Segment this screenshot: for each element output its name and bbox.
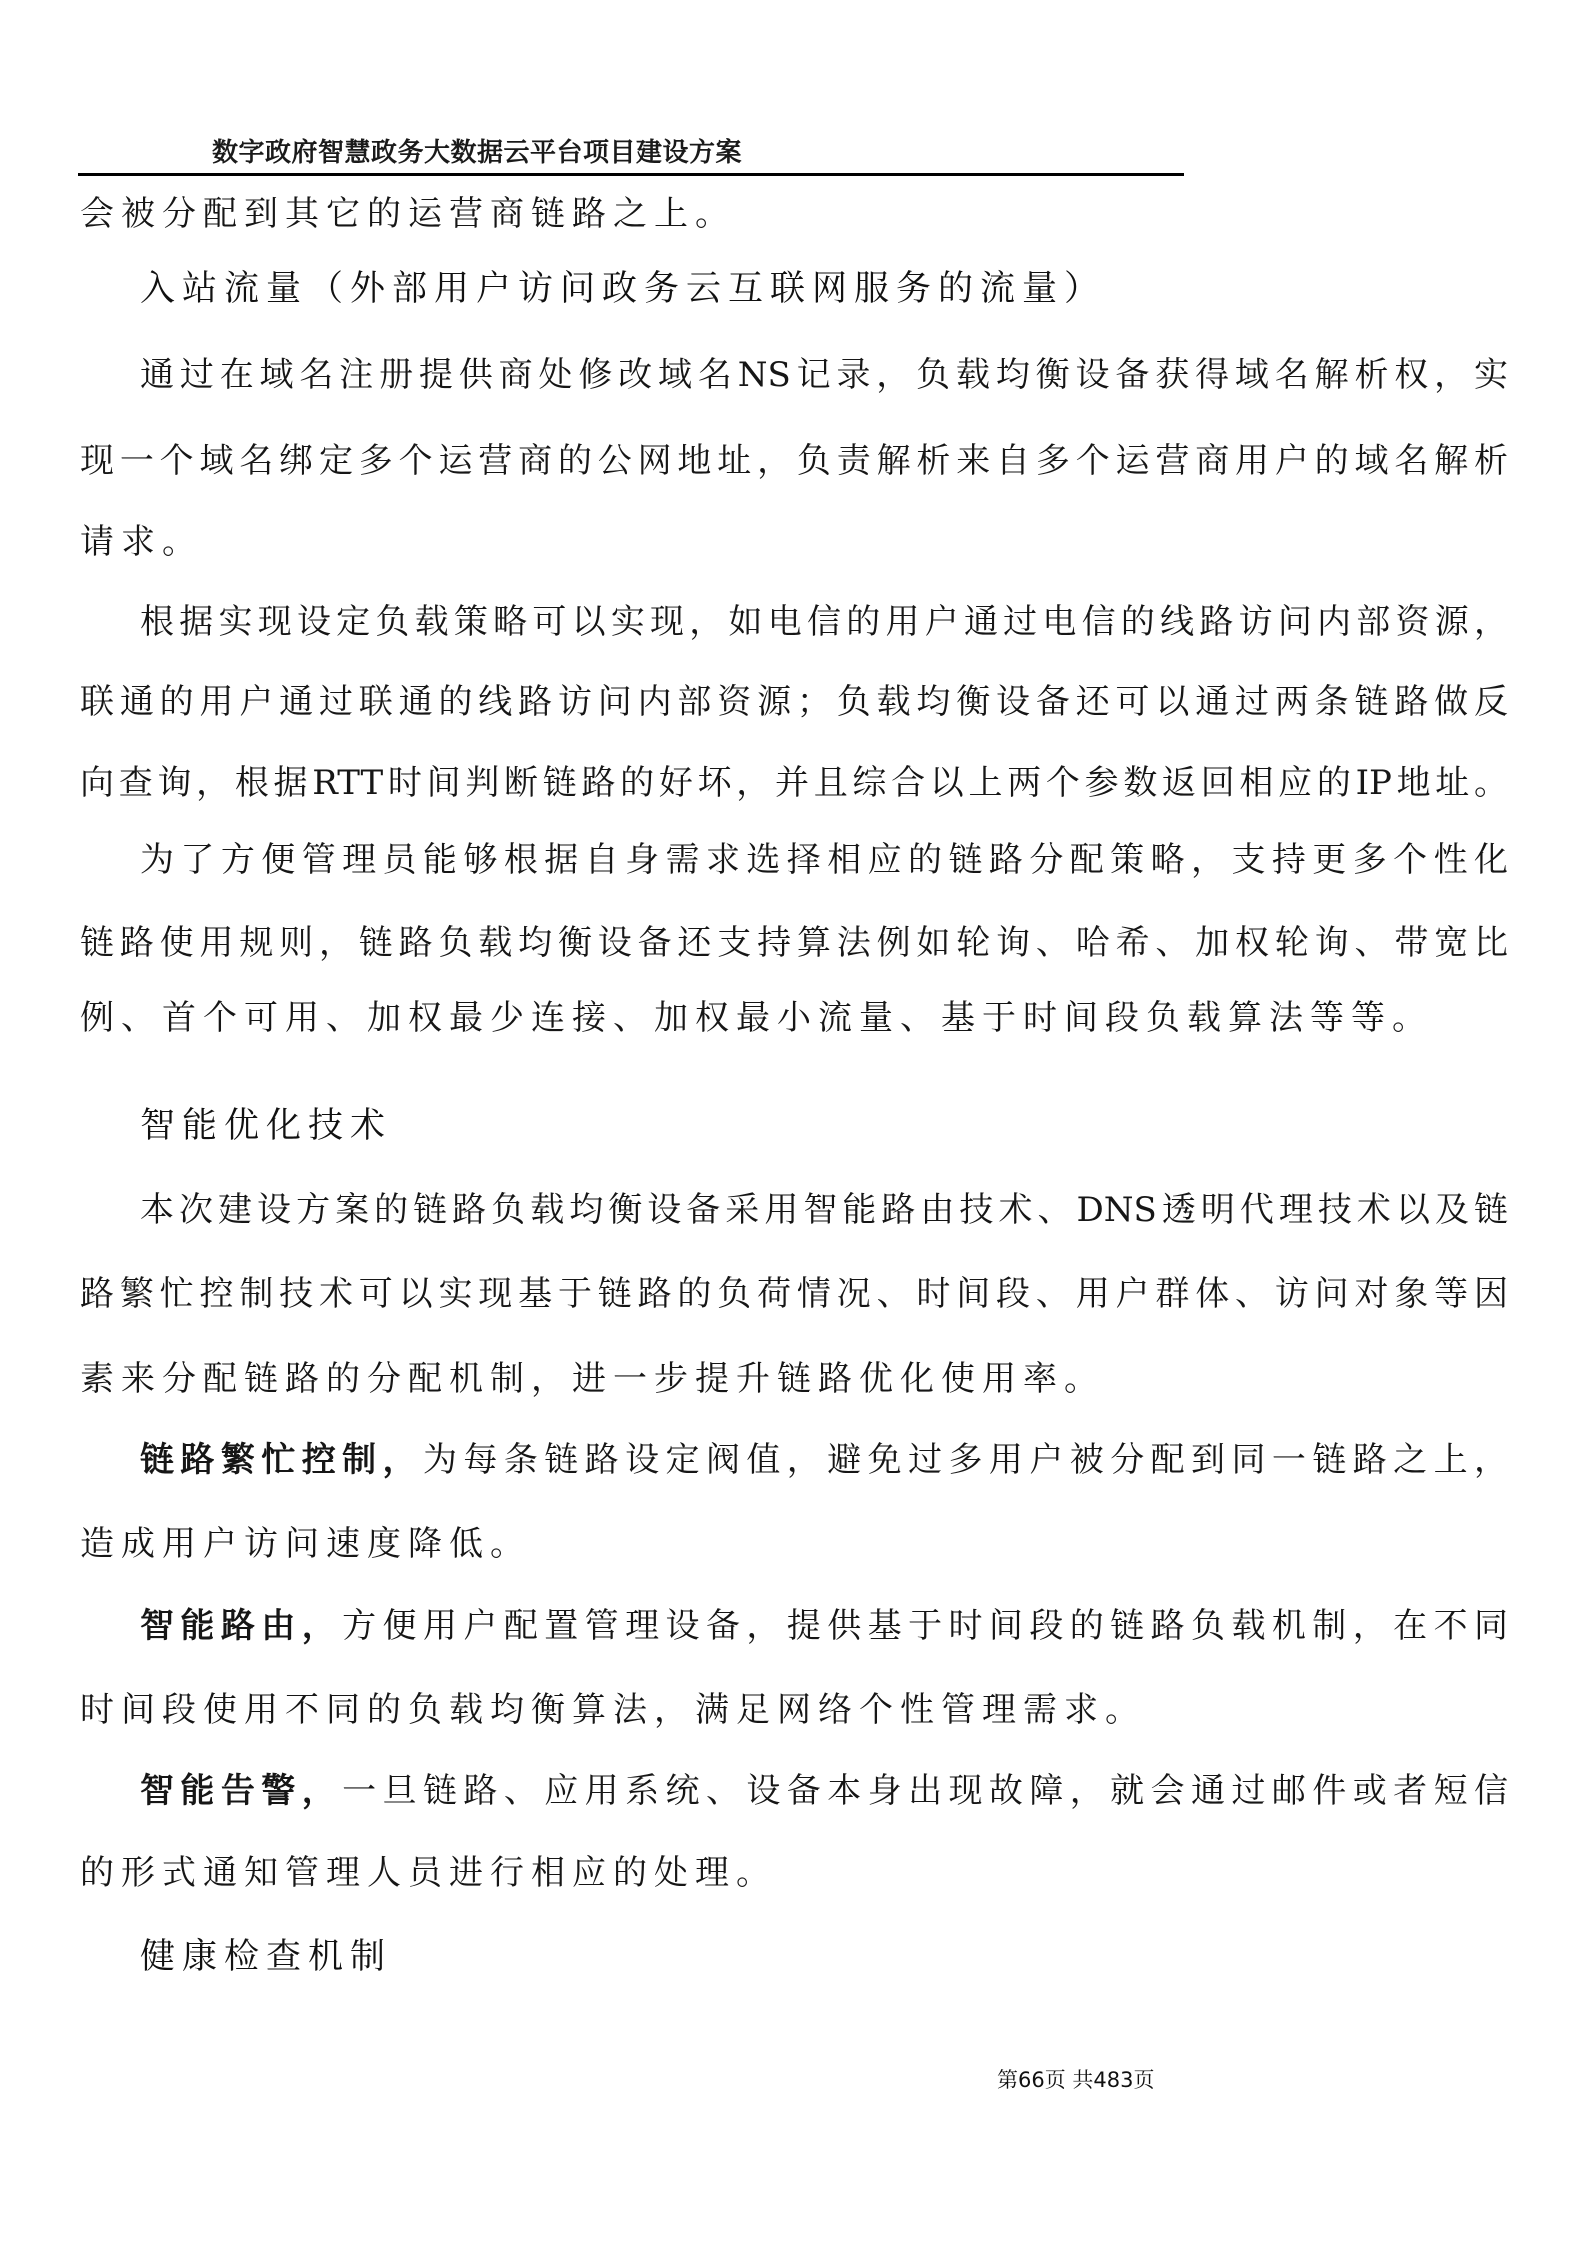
line-text: 会被分配到其它的运营商链路之上。 [80, 194, 736, 234]
line-text: 的形式通知管理人员进行相应的处理。 [80, 1853, 777, 1893]
line-text: 方便用户配置管理设备，提供基于时间段的链路负载机制，在不同 [342, 1606, 1508, 1646]
line-text: 路繁忙控制技术可以实现基于链路的负荷情况、时间段、用户群体、访问对象等因 [80, 1274, 1508, 1314]
body-text-line: 时间段使用不同的负载均衡算法，满足网络个性管理需求。 [80, 1685, 1146, 1735]
document-page: 数字政府智慧政务大数据云平台项目建设方案 会被分配到其它的运营商链路之上。入站流… [0, 0, 1587, 2245]
bold-term: 链路繁忙控制， [140, 1440, 423, 1480]
line-text: 现一个域名绑定多个运营商的公网地址，负责解析来自多个运营商用户的域名解析 [80, 441, 1508, 481]
body-text-line: 现一个域名绑定多个运营商的公网地址，负责解析来自多个运营商用户的域名解析 [80, 436, 1508, 486]
body-text-line: 的形式通知管理人员进行相应的处理。 [80, 1848, 777, 1898]
body-text-line: 通过在域名注册提供商处修改域名NS记录，负载均衡设备获得域名解析权，实 [140, 350, 1508, 400]
body-text-line: 本次建设方案的链路负载均衡设备采用智能路由技术、DNS透明代理技术以及链 [140, 1185, 1508, 1235]
line-text: 通过在域名注册提供商处修改域名NS记录，负载均衡设备获得域名解析权，实 [140, 355, 1508, 395]
line-text: 智能优化技术 [140, 1106, 392, 1146]
body-text-line: 素来分配链路的分配机制，进一步提升链路优化使用率。 [80, 1354, 1105, 1404]
line-text: 链路使用规则，链路负载均衡设备还支持算法例如轮询、哈希、加权轮询、带宽比 [80, 923, 1508, 963]
body-text-line: 智能告警，一旦链路、应用系统、设备本身出现故障，就会通过邮件或者短信 [140, 1766, 1508, 1816]
body-text-line: 联通的用户通过联通的线路访问内部资源；负载均衡设备还可以通过两条链路做反 [80, 677, 1508, 727]
line-text: 例、首个可用、加权最少连接、加权最小流量、基于时间段负载算法等等。 [80, 998, 1433, 1038]
bold-term: 智能告警， [140, 1771, 342, 1811]
line-text: 向查询，根据RTT时间判断链路的好坏，并且综合以上两个参数返回相应的IP地址。 [80, 763, 1508, 803]
line-text: 造成用户访问速度降低。 [80, 1524, 531, 1564]
section-heading: 智能优化技术 [140, 1101, 392, 1151]
line-text: 入站流量（外部用户访问政务云互联网服务的流量） [140, 269, 1106, 309]
body-text-line: 造成用户访问速度降低。 [80, 1519, 531, 1569]
running-header-title: 数字政府智慧政务大数据云平台项目建设方案 [212, 136, 742, 170]
line-text: 时间段使用不同的负载均衡算法，满足网络个性管理需求。 [80, 1690, 1146, 1730]
page-number-footer: 第66页 共483页 [997, 2066, 1154, 2094]
line-text: 根据实现设定负载策略可以实现，如电信的用户通过电信的线路访问内部资源， [140, 602, 1508, 642]
body-text-line: 向查询，根据RTT时间判断链路的好坏，并且综合以上两个参数返回相应的IP地址。 [80, 758, 1508, 808]
line-text: 一旦链路、应用系统、设备本身出现故障，就会通过邮件或者短信 [342, 1771, 1508, 1811]
bold-term: 智能路由， [140, 1606, 342, 1646]
section-heading: 健康检查机制 [140, 1932, 392, 1982]
body-text-line: 路繁忙控制技术可以实现基于链路的负荷情况、时间段、用户群体、访问对象等因 [80, 1269, 1508, 1319]
body-text-line: 根据实现设定负载策略可以实现，如电信的用户通过电信的线路访问内部资源， [140, 597, 1508, 647]
body-text-line: 智能路由，方便用户配置管理设备，提供基于时间段的链路负载机制，在不同 [140, 1601, 1508, 1651]
line-text: 本次建设方案的链路负载均衡设备采用智能路由技术、DNS透明代理技术以及链 [140, 1190, 1508, 1230]
body-text-line: 链路使用规则，链路负载均衡设备还支持算法例如轮询、哈希、加权轮询、带宽比 [80, 918, 1508, 968]
section-heading: 入站流量（外部用户访问政务云互联网服务的流量） [140, 264, 1106, 314]
body-text-line: 为了方便管理员能够根据自身需求选择相应的链路分配策略，支持更多个性化 [140, 835, 1508, 885]
line-text: 联通的用户通过联通的线路访问内部资源；负载均衡设备还可以通过两条链路做反 [80, 682, 1508, 722]
line-text: 素来分配链路的分配机制，进一步提升链路优化使用率。 [80, 1359, 1105, 1399]
line-text: 请求。 [80, 522, 203, 562]
body-text-line: 请求。 [80, 517, 203, 567]
header-divider [78, 173, 1184, 176]
line-text: 为了方便管理员能够根据自身需求选择相应的链路分配策略，支持更多个性化 [140, 840, 1508, 880]
body-text-line: 会被分配到其它的运营商链路之上。 [80, 189, 736, 239]
body-text-line: 例、首个可用、加权最少连接、加权最小流量、基于时间段负载算法等等。 [80, 993, 1433, 1043]
line-text: 为每条链路设定阀值，避免过多用户被分配到同一链路之上， [423, 1440, 1508, 1480]
line-text: 健康检查机制 [140, 1937, 392, 1977]
body-text-line: 链路繁忙控制，为每条链路设定阀值，避免过多用户被分配到同一链路之上， [140, 1435, 1508, 1485]
